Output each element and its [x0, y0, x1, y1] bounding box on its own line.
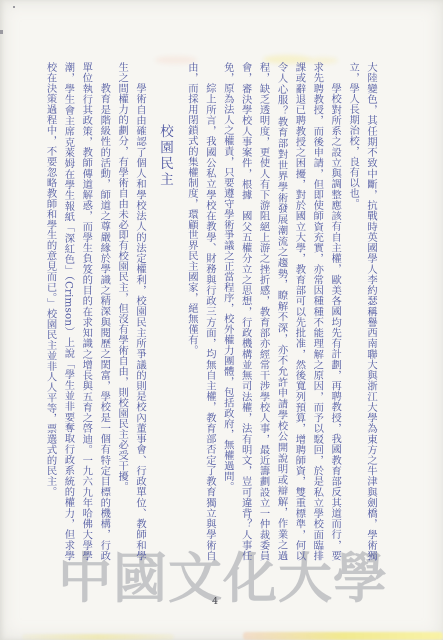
scan-speck — [0, 30, 3, 34]
paragraph-school-autonomy: 學校對所系之設立與調整應該有自主權，歐美各國均先有計劃，再聘教授，我國教育部反其… — [218, 62, 343, 561]
paragraph-education-hierarchy: 教育是階級性的活動，師道之尊嚴緣於學識之精深與閱歷之閎富，學校是一個有特定目標的… — [41, 62, 113, 561]
scanned-document-page: 中國文化大學 大陸變色，其任期不致中斷，抗戰時英國學人李約瑟稱譽西南聯大與浙江大… — [0, 0, 443, 640]
highlight-strip-right — [243, 632, 443, 640]
section-heading-campus-democracy: 校園民主 — [155, 62, 175, 561]
paragraph-continuation: 大陸變色，其任期不致中斷，抗戰時英國學人李約瑟稱譽西南聯大與浙江大學為東方之牛津… — [343, 62, 379, 561]
paragraph-summary: 綜上所言，我國公私立學校在教學、財務與行政三方面，均無自主權，教育部否定了教育獨… — [182, 62, 218, 561]
vertical-text-block: 大陸變色，其任期不致中斷，抗戰時英國學人李約瑟稱譽西南聯大與浙江大學為東方之牛津… — [41, 62, 379, 561]
paragraph-academic-freedom: 學術自由確認了個人和學校法人的法定權利，校園民主所爭議的則是校內董事會、行政單位… — [112, 62, 148, 561]
scan-speck — [13, 6, 15, 8]
highlight-strip-left — [22, 634, 174, 640]
page-number: 4 — [205, 596, 225, 607]
